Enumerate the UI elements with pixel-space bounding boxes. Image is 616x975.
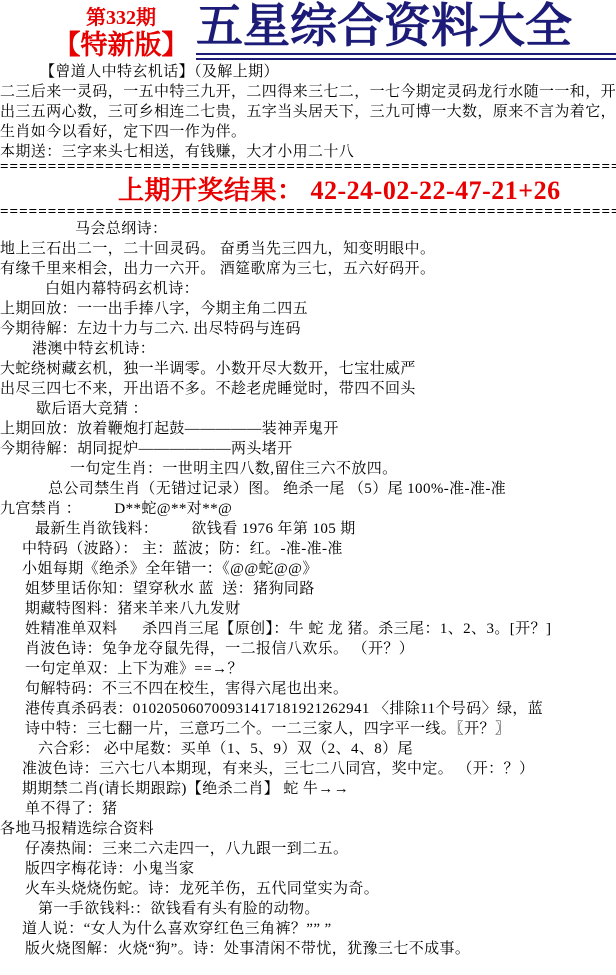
text-line: 一句定单双：上下为难》==→？ bbox=[0, 659, 616, 679]
text-line: 上期回放：一一出手捧八字，今期主角二四五 bbox=[0, 299, 616, 319]
header-left-block: 第332期 【特新版】 bbox=[0, 6, 196, 60]
text-line: 第一手欲钱料:：欲钱看有头有脸的动物。 bbox=[0, 899, 616, 919]
text-line: 姐梦里话你知：望穿秋水 蓝 送：猪狗同路 bbox=[0, 579, 616, 599]
text-line: 一句定生肖：一世明主四八数,留住三六不放四。 bbox=[0, 459, 616, 479]
text-line: 马会总纲诗： bbox=[0, 219, 616, 239]
top-lines: 【曾道人中特玄机话】（及解上期）二三后来一灵码，一五中特三九开，二四得来三七二，… bbox=[0, 62, 616, 162]
text-line: 本期送：三字来头七相送，有钱赚，大才小用二十八 bbox=[0, 142, 616, 162]
text-line: 最新生肖欲钱料： 欲钱看 1976 年第 105 期 bbox=[0, 519, 616, 539]
text-line: 出三五两心数，三可乡相连二七贵，五字当头居天下，三九可博一大数，原来不言为着它， bbox=[0, 102, 616, 122]
text-line: 总公司禁生肖（无错过记录）图。 绝杀一尾 （5）尾 100%-准-准-准 bbox=[0, 479, 616, 499]
text-line: 出尽三四七不来，开出语不多。不趁老虎睡觉时，带四不回头 bbox=[0, 379, 616, 399]
text-line: 今期待解：胡同捉炉——————两头堵开 bbox=[0, 439, 616, 459]
text-line: 六合彩： 必中尾数：买单（1、5、9）双（2、4、8）尾 bbox=[0, 739, 616, 759]
text-line: 歇后语大竞猜 ： bbox=[0, 399, 616, 419]
text-line: 港澳中特玄机诗： bbox=[0, 339, 616, 359]
page-header: 第332期 【特新版】 五星综合资料大全 bbox=[0, 0, 616, 60]
page-title: 五星综合资料大全 bbox=[196, 2, 616, 52]
text-line: 单不得了：猪 bbox=[0, 799, 616, 819]
text-line: 版火烧图解：火烧“狗”。诗：处事清闲不带忧，犹豫三七不成事。 bbox=[0, 939, 616, 959]
text-line: 港传真杀码表：010205060700931417181921262941 〈排… bbox=[0, 699, 616, 719]
text-line: 今期待解：左边十力与二六. 出尽特码与连码 bbox=[0, 319, 616, 339]
text-line: 姓精准单双料 杀四肖三尾【原创】：牛 蛇 龙 猪。杀三尾：1、2、3。[开？] bbox=[0, 619, 616, 639]
text-line: 诗中特：三七翻一片，三意巧二个。一二三家人，四字平一线。〖开？〗 bbox=[0, 719, 616, 739]
text-line: 火车头烧烧伤蛇。诗：龙死羊伤，五代同堂实为奇。 bbox=[0, 879, 616, 899]
text-line: 生肖如今以看好，定下四一作为伴。 bbox=[0, 122, 616, 142]
text-line: 地上三石出二一，二十回灵码。 奋勇当先三四九，知变明眼中。 bbox=[0, 239, 616, 259]
text-line: 道人说：“女人为什么喜欢穿红色三角裤？”” ” bbox=[0, 919, 616, 939]
issue-number: 第332期 bbox=[46, 6, 196, 30]
edition-label: 【特新版】 bbox=[46, 30, 196, 60]
content-area: 【曾道人中特玄机话】（及解上期）二三后来一灵码，一五中特三九开，二四得来三七二，… bbox=[0, 60, 616, 959]
main-lines: 马会总纲诗：地上三石出二一，二十回灵码。 奋勇当先三四九，知变明眼中。有缘千里来… bbox=[0, 219, 616, 959]
text-line: 九宫禁肖 ： D**蛇@**对**@ bbox=[0, 499, 616, 519]
text-line: 二三后来一灵码，一五中特三九开，二四得来三七二，一七今期定灵码龙行水随一一和，开 bbox=[0, 82, 616, 102]
text-line: 句解特码：不三不四在校生，害得六尾也出来。 bbox=[0, 679, 616, 699]
separator-line: ========================================… bbox=[0, 207, 616, 219]
text-line: 上期回放：放着鞭炮打起鼓—————装神弄鬼开 bbox=[0, 419, 616, 439]
text-line: 肖波色诗：兔争龙夺鼠先得，一二报信八欢乐。 （开？） bbox=[0, 639, 616, 659]
text-line: 小姐每期《绝杀》全年错一：《@@蛇@@》 bbox=[0, 559, 616, 579]
text-line: 中特码（波路）： 主：蓝波；防：红。-准-准-准 bbox=[0, 539, 616, 559]
text-line: 仔凑热闹：三来二六走四一，八九跟一到二五。 bbox=[0, 839, 616, 859]
text-line: 期藏特图料：猪来羊来八九发财 bbox=[0, 599, 616, 619]
text-line: 版四字梅花诗：小鬼当家 bbox=[0, 859, 616, 879]
separator-line: ========================================… bbox=[0, 162, 616, 174]
text-line: 各地马报精选综合资料 bbox=[0, 819, 616, 839]
text-line: 有缘千里来相会，出力一六开。 酒筵歌席为三七，五六好码开。 bbox=[0, 259, 616, 279]
text-line: 白姐内幕特码玄机诗： bbox=[0, 279, 616, 299]
text-line: 准波色诗：三六七八本期现，有来头，三七二八同宫，奖中定。 （开：？） bbox=[0, 759, 616, 779]
text-line: 期期禁二肖(请长期跟踪)【绝杀二肖】 蛇 牛→→ bbox=[0, 779, 616, 799]
title-underline: 五星综合资料大全 bbox=[196, 2, 616, 60]
text-line: 【曾道人中特玄机话】（及解上期） bbox=[0, 62, 616, 82]
text-line: 大蛇绕树藏玄机，独一半调零。小数开尽大数开，七宝壮威严 bbox=[0, 359, 616, 379]
lottery-info-sheet: 第332期 【特新版】 五星综合资料大全 【曾道人中特玄机话】（及解上期）二三后… bbox=[0, 0, 616, 975]
previous-draw-result: 上期开奖结果： 42-24-02-22-47-21+26 bbox=[0, 174, 616, 207]
